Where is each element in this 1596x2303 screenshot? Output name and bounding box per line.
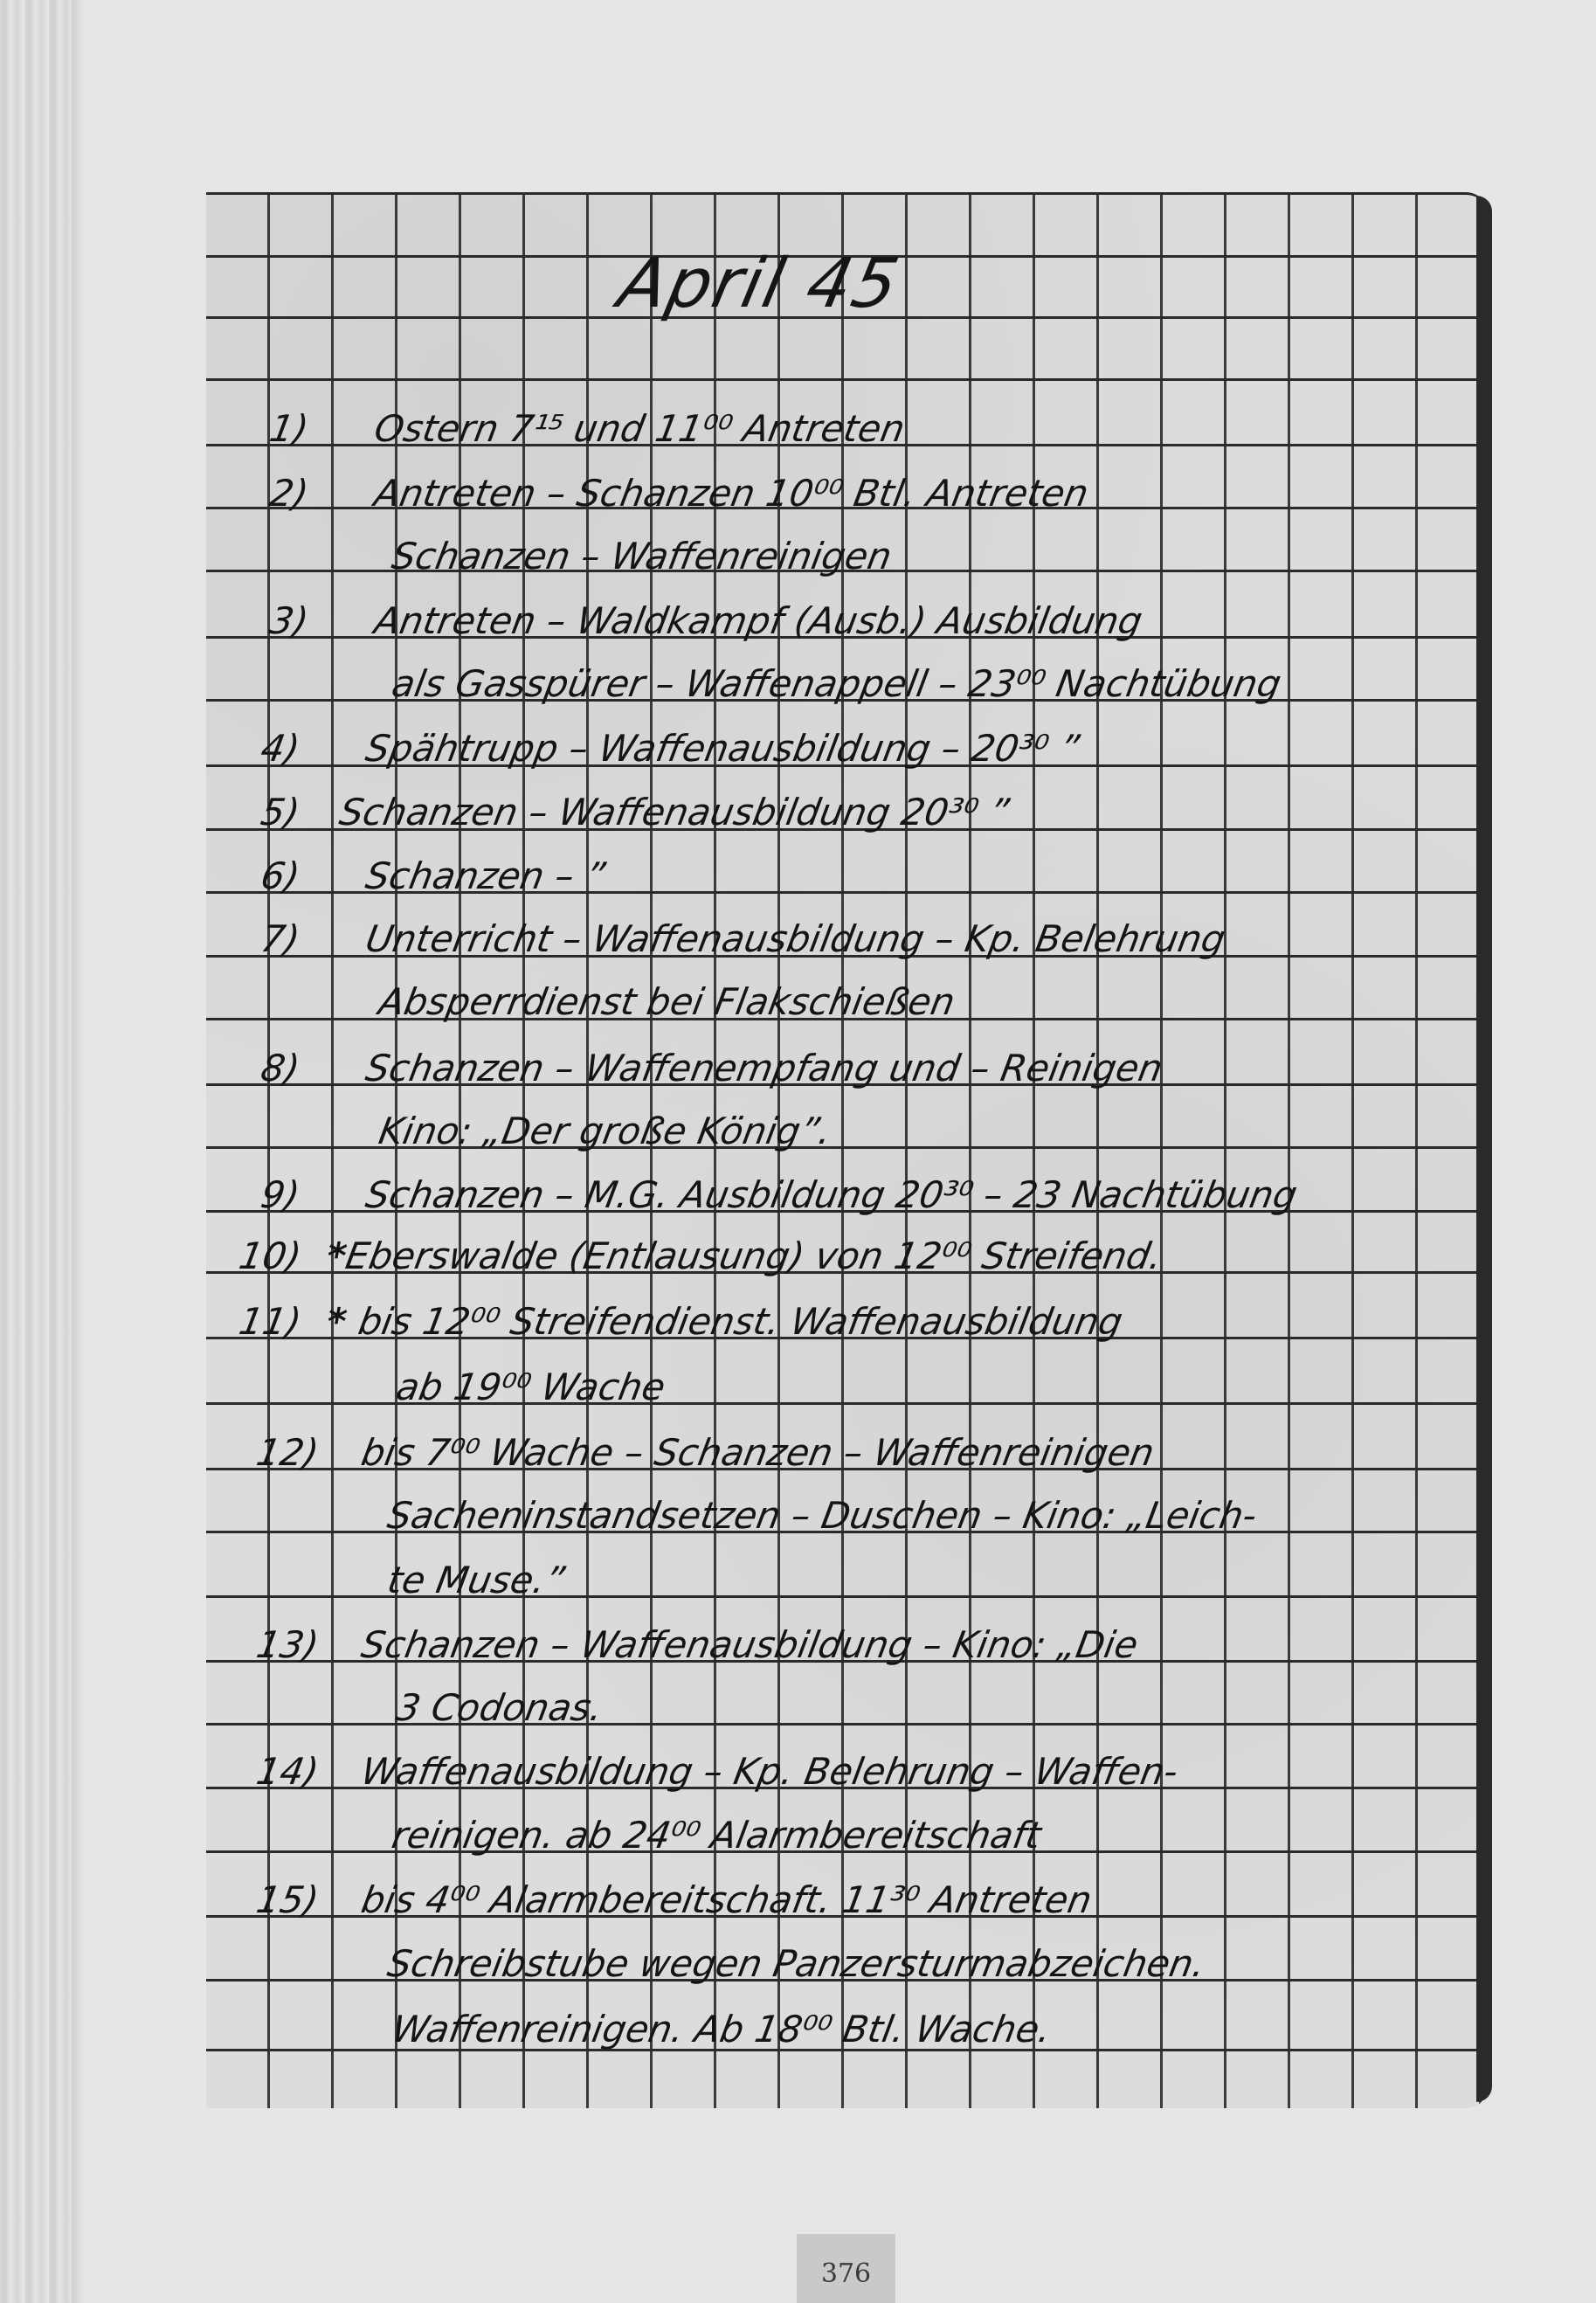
- entry-11: 11)* bis 12⁰⁰ Streifendienst. Waffenausb…: [236, 1300, 1126, 1343]
- entry-number: 8): [258, 1047, 370, 1089]
- entry-15-continuation: Waffenreinigen. Ab 18⁰⁰ Btl. Wache.: [389, 2008, 1054, 2051]
- entry-number: 1): [266, 407, 379, 450]
- entry-8-continuation: Kino: „Der große König”.: [376, 1110, 834, 1152]
- entry-5: 5)Schanzen – Waffenausbildung 20³⁰ ”: [258, 791, 1012, 833]
- entry-15: 15)bis 4⁰⁰ Alarmbereitschaft. 11³⁰ Antre…: [253, 1878, 1095, 1921]
- entry-3: 3)Antreten – Waldkampf (Ausb.) Ausbildun…: [266, 599, 1145, 642]
- page-number-box: 376: [797, 2234, 895, 2303]
- entry-number: 7): [258, 917, 370, 960]
- entry-line: Antreten – Waldkampf (Ausb.) Ausbildung: [371, 599, 1145, 642]
- page-number: 376: [797, 2258, 895, 2289]
- book-gutter: [72, 0, 84, 2303]
- entry-13: 13)Schanzen – Waffenausbildung – Kino: „…: [253, 1623, 1141, 1666]
- entry-line: Eberswalde (Entlausung) von 12⁰⁰ Streife…: [342, 1234, 1165, 1277]
- entry-7: 7)Unterricht – Waffenausbildung – Kp. Be…: [258, 917, 1228, 960]
- entry-number: 12): [253, 1431, 366, 1474]
- entry-14-continuation: reinigen. ab 24⁰⁰ Alarmbereitschaft: [389, 1814, 1044, 1857]
- entry-12-continuation: te Muse.”: [384, 1559, 568, 1601]
- entry-line: Antreten – Schanzen 10⁰⁰ Btl. Antreten: [371, 472, 1092, 515]
- entry-10: 10)*Eberswalde (Entlausung) von 12⁰⁰ Str…: [236, 1234, 1165, 1277]
- notebook-page-edge: [1476, 196, 1492, 2102]
- entry-1: 1)Ostern 7¹⁵ und 11⁰⁰ Antreten: [266, 407, 908, 450]
- entry-14: 14)Waffenausbildung – Kp. Belehrung – Wa…: [253, 1750, 1181, 1793]
- entry-number: 5): [258, 791, 344, 833]
- entry-number: 10): [236, 1234, 331, 1277]
- entry-6: 6)Schanzen – ”: [258, 854, 608, 897]
- entry-line: Schanzen – Waffenausbildung 20³⁰ ”: [336, 791, 1012, 833]
- entry-number: 9): [258, 1173, 370, 1216]
- entry-line: Unterricht – Waffenausbildung – Kp. Bele…: [363, 917, 1228, 960]
- entry-number: 3): [266, 599, 379, 642]
- entry-line: Schanzen – M.G. Ausbildung 20³⁰ – 23 Nac…: [363, 1173, 1301, 1216]
- entry-11-continuation: ab 19⁰⁰ Wache: [393, 1366, 668, 1408]
- entry-7-continuation: Absperrdienst bei Flakschießen: [376, 980, 958, 1023]
- entry-number: 11): [236, 1300, 331, 1343]
- entry-13-continuation: 3 Codonas.: [393, 1686, 606, 1729]
- entry-number: 15): [253, 1878, 366, 1921]
- book-spine: [0, 0, 72, 2303]
- entry-3-continuation: als Gasspürer – Waffenappell – 23⁰⁰ Nach…: [389, 662, 1284, 705]
- entry-line: bis 4⁰⁰ Alarmbereitschaft. 11³⁰ Antreten: [358, 1878, 1095, 1921]
- entry-number: 6): [258, 854, 370, 897]
- entry-9: 9)Schanzen – M.G. Ausbildung 20³⁰ – 23 N…: [258, 1173, 1301, 1216]
- entry-8: 8)Schanzen – Waffenempfang und – Reinige…: [258, 1047, 1166, 1089]
- entry-number: 14): [253, 1750, 366, 1793]
- entry-line: Spähtrupp – Waffenausbildung – 20³⁰ ”: [363, 727, 1082, 770]
- entry-line: Waffenausbildung – Kp. Belehrung – Waffe…: [358, 1750, 1181, 1793]
- entry-number: 13): [253, 1623, 366, 1666]
- page-title: April 45: [611, 245, 906, 323]
- entry-15-continuation: Schreibstube wegen Panzersturmabzeichen.: [384, 1942, 1208, 1985]
- entry-line: bis 7⁰⁰ Wache – Schanzen – Waffenreinige…: [358, 1431, 1157, 1474]
- entry-12: 12)bis 7⁰⁰ Wache – Schanzen – Waffenrein…: [253, 1431, 1157, 1474]
- entry-4: 4)Spähtrupp – Waffenausbildung – 20³⁰ ”: [258, 727, 1082, 770]
- entry-number: 4): [258, 727, 370, 770]
- entry-2-continuation: Schanzen – Waffenreinigen: [389, 535, 895, 577]
- entry-line: Ostern 7¹⁵ und 11⁰⁰ Antreten: [371, 407, 908, 450]
- entry-line: bis 12⁰⁰ Streifendienst. Waffenausbildun…: [356, 1300, 1126, 1343]
- entry-line: Schanzen – Waffenempfang und – Reinigen: [363, 1047, 1166, 1089]
- entry-2: 2)Antreten – Schanzen 10⁰⁰ Btl. Antreten: [266, 472, 1092, 515]
- entry-12-continuation: Sacheninstandsetzen – Duschen – Kino: „L…: [384, 1494, 1261, 1537]
- entry-number: 2): [266, 472, 379, 515]
- entry-line: Schanzen – Waffenausbildung – Kino: „Die: [358, 1623, 1141, 1666]
- entry-line: Schanzen – ”: [363, 854, 608, 897]
- grid-line: [206, 378, 1482, 381]
